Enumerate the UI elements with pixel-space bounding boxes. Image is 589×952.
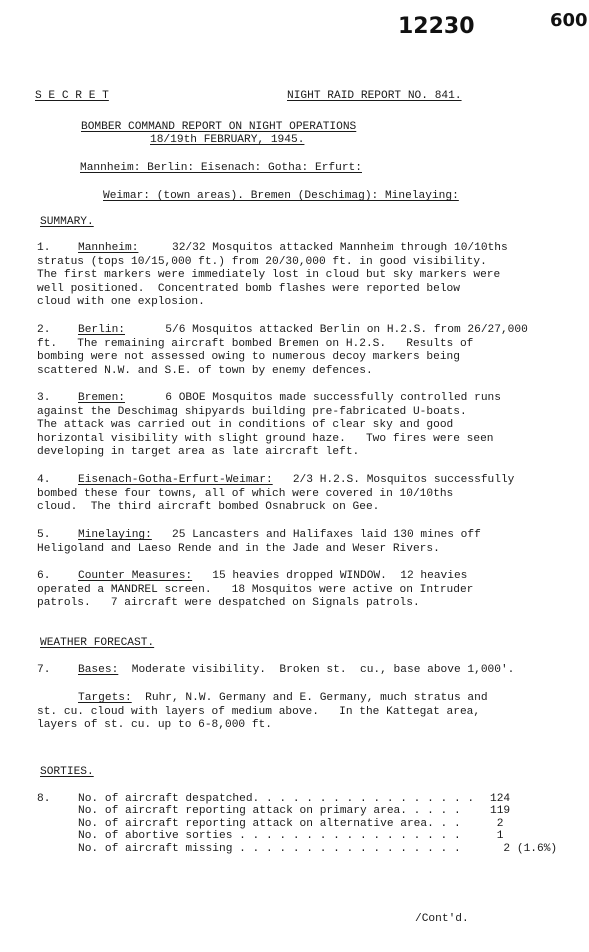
- item-text: Heligoland and Laeso Rende and in the Ja…: [37, 543, 537, 557]
- summary-item-2: 2.Berlin: 5/6 Mosquitos attacked Berlin …: [37, 324, 537, 378]
- item-label: Targets:: [78, 692, 132, 704]
- item-text: cloud with one explosion.: [37, 296, 537, 310]
- report-date: 18/19th FEBRUARY, 1945.: [150, 134, 304, 148]
- item-text: 2/3 H.2.S. Mosquitos successfully: [273, 474, 515, 486]
- item-label: Bases:: [78, 664, 118, 676]
- item-text: bombed these four towns, all of which we…: [37, 488, 537, 502]
- item-number: 3.: [37, 392, 78, 406]
- weather-heading: WEATHER FORECAST.: [40, 637, 154, 651]
- sortie-row: No. of aircraft missing . . . . . . . . …: [78, 843, 578, 855]
- sortie-value: 1: [490, 830, 503, 842]
- sortie-label: No. of aircraft reporting attack on prim…: [78, 805, 490, 817]
- item-text: 32/32 Mosquitos attacked Mannheim throug…: [138, 242, 507, 254]
- summary-item-4: 4.Eisenach-Gotha-Erfurt-Weimar: 2/3 H.2.…: [37, 474, 537, 515]
- item-label: Mannheim:: [78, 242, 138, 254]
- item-text: patrols. 7 aircraft were despatched on S…: [37, 597, 537, 611]
- weather-targets: Targets: Ruhr, N.W. Germany and E. Germa…: [37, 692, 537, 733]
- item-text: The attack was carried out in conditions…: [37, 419, 537, 433]
- item-label: Counter Measures:: [78, 570, 192, 582]
- targets-line-1: Mannheim: Berlin: Eisenach: Gotha: Erfur…: [80, 162, 362, 176]
- item-text: developing in target area as late aircra…: [37, 446, 537, 460]
- item-number: 5.: [37, 529, 78, 543]
- sorties-heading: SORTIES.: [40, 766, 94, 780]
- item-text: bombing were not assessed owing to numer…: [37, 351, 537, 365]
- item-text: 15 heavies dropped WINDOW. 12 heavies: [192, 570, 467, 582]
- item-text: 25 Lancasters and Halifaxes laid 130 min…: [152, 529, 481, 541]
- sortie-row: No. of aircraft reporting attack on alte…: [78, 818, 578, 830]
- sortie-row: No. of abortive sorties . . . . . . . . …: [78, 830, 578, 842]
- item-number: 4.: [37, 474, 78, 488]
- item-text: 5/6 Mosquitos attacked Berlin on H.2.S. …: [125, 324, 528, 336]
- item-number: 6.: [37, 570, 78, 584]
- item-label: Minelaying:: [78, 529, 152, 541]
- page-number-stamp: 600: [550, 10, 588, 32]
- item-label: Berlin:: [78, 324, 125, 336]
- item-label: Bremen:: [78, 392, 125, 404]
- item-text: against the Deschimag shipyards building…: [37, 406, 537, 420]
- weather-bases: 7.Bases: Moderate visibility. Broken st.…: [37, 664, 537, 678]
- item-text: 6 OBOE Mosquitos made successfully contr…: [125, 392, 501, 404]
- continued-marker: /Cont'd.: [415, 913, 469, 927]
- item-text: Ruhr, N.W. Germany and E. Germany, much …: [132, 692, 488, 704]
- report-number: NIGHT RAID REPORT NO. 841.: [287, 90, 462, 104]
- item-text: cloud. The third aircraft bombed Osnabru…: [37, 501, 537, 515]
- sortie-label: No. of abortive sorties . . . . . . . . …: [78, 830, 490, 842]
- sortie-value: 2: [490, 818, 503, 830]
- summary-item-3: 3.Bremen: 6 OBOE Mosquitos made successf…: [37, 392, 537, 460]
- item-label: Eisenach-Gotha-Erfurt-Weimar:: [78, 474, 273, 486]
- report-title: BOMBER COMMAND REPORT ON NIGHT OPERATION…: [81, 121, 356, 135]
- sorties-number: 8.: [37, 793, 50, 807]
- sortie-label: No. of aircraft reporting attack on alte…: [78, 818, 490, 830]
- summary-item-6: 6.Counter Measures: 15 heavies dropped W…: [37, 570, 537, 611]
- sortie-value: 119: [490, 805, 510, 817]
- summary-item-5: 5.Minelaying: 25 Lancasters and Halifaxe…: [37, 529, 537, 556]
- item-text: st. cu. cloud with layers of medium abov…: [37, 706, 537, 720]
- summary-item-1: 1.Mannheim: 32/32 Mosquitos attacked Man…: [37, 242, 537, 310]
- item-number: 1.: [37, 242, 78, 256]
- sortie-label: No. of aircraft missing . . . . . . . . …: [78, 843, 490, 855]
- sortie-value: 124: [490, 793, 510, 805]
- item-text: layers of st. cu. up to 6-8,000 ft.: [37, 719, 537, 733]
- item-text: horizontal visibility with slight ground…: [37, 433, 537, 447]
- targets-line-2: Weimar: (town areas). Bremen (Deschimag)…: [103, 190, 459, 204]
- item-number: 7.: [37, 664, 78, 678]
- item-text: well positioned. Concentrated bomb flash…: [37, 283, 537, 297]
- item-text: operated a MANDREL screen. 18 Mosquitos …: [37, 584, 537, 598]
- item-number: 2.: [37, 324, 78, 338]
- item-text: The first markers were immediately lost …: [37, 269, 537, 283]
- item-text: Moderate visibility. Broken st. cu., bas…: [118, 664, 514, 676]
- document-number-stamp: 12230: [398, 14, 475, 40]
- sorties-table: No. of aircraft despatched. . . . . . . …: [78, 793, 578, 855]
- item-text: stratus (tops 10/15,000 ft.) from 20/30,…: [37, 256, 537, 270]
- sortie-row: No. of aircraft reporting attack on prim…: [78, 805, 578, 817]
- sortie-row: No. of aircraft despatched. . . . . . . …: [78, 793, 578, 805]
- summary-heading: SUMMARY.: [40, 216, 94, 230]
- classification-label: S E C R E T: [35, 90, 109, 104]
- item-text: ft. The remaining aircraft bombed Bremen…: [37, 338, 537, 352]
- item-text: scattered N.W. and S.E. of town by enemy…: [37, 365, 537, 379]
- sortie-label: No. of aircraft despatched. . . . . . . …: [78, 793, 490, 805]
- sortie-value: 2 (1.6%): [490, 843, 557, 855]
